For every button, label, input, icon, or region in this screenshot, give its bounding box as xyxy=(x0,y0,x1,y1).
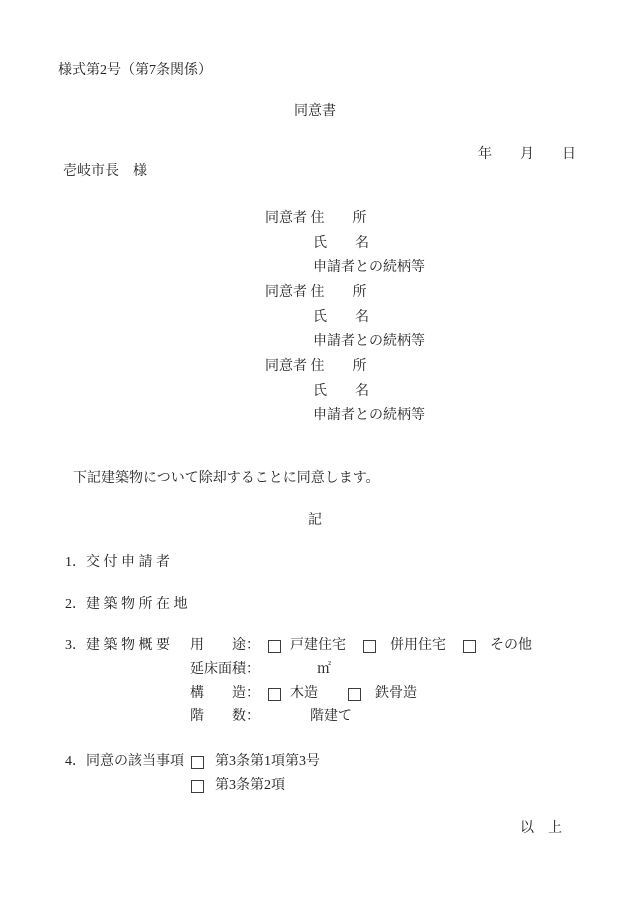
consenter-2-label: 同意者 xyxy=(265,285,307,300)
checkbox-usage-combined-house xyxy=(363,640,376,653)
consenter-3-label: 同意者 xyxy=(265,359,307,374)
usage-label: 用 途： xyxy=(190,637,260,654)
item-grant-applicant: 1．交 付 申 請 者 xyxy=(65,554,170,571)
consenter-3-name-label: 氏 名 xyxy=(313,383,369,400)
item-consent-clauses: 4．同意の該当事項 xyxy=(65,753,184,770)
consenter-1-address-line: 同意者 住 所 xyxy=(265,210,367,227)
date-line: 年 月 日 xyxy=(478,146,576,163)
floor-area-label: 延床面積： xyxy=(190,661,260,678)
checkbox-structure-steel xyxy=(348,688,361,701)
structure-label: 構 造： xyxy=(190,685,260,702)
consent-statement: 下記建築物について除却することに同意します。 xyxy=(73,470,380,487)
document-title: 同意書 xyxy=(0,103,630,120)
checkbox-clause-article3-1-3 xyxy=(191,756,204,769)
structure-option-steel: 鉄骨造 xyxy=(375,685,417,702)
checkbox-usage-other xyxy=(463,640,476,653)
addressee: 壱岐市長 様 xyxy=(63,163,147,180)
closing-marker: 以 上 xyxy=(520,820,562,837)
consent-form-page: 様式第2号（第7条関係） 同意書 年 月 日 壱岐市長 様 同意者 住 所 氏 … xyxy=(0,0,630,903)
consenter-2-address-label: 住 所 xyxy=(311,285,367,300)
consenter-1-label: 同意者 xyxy=(265,211,307,226)
checkbox-usage-detached-house xyxy=(268,640,281,653)
consenter-1-address-label: 住 所 xyxy=(311,211,367,226)
form-number: 様式第2号（第7条関係） xyxy=(58,62,212,79)
record-marker: 記 xyxy=(0,512,630,529)
checkbox-structure-wood xyxy=(268,688,281,701)
clause-article3-1-3: 第3条第1項第3号 xyxy=(215,753,320,770)
floors-label: 階 数： xyxy=(190,708,260,725)
clause-article3-2: 第3条第2項 xyxy=(215,777,285,794)
consenter-2-name-label: 氏 名 xyxy=(313,309,369,326)
consenter-2-address-line: 同意者 住 所 xyxy=(265,284,367,301)
item-building-location: 2．建 築 物 所 在 地 xyxy=(65,596,188,613)
floors-suffix: 階建て xyxy=(310,708,352,725)
checkbox-clause-article3-2 xyxy=(191,780,204,793)
usage-option-combined-house: 併用住宅 xyxy=(390,637,446,654)
usage-option-other: その他 xyxy=(490,637,532,654)
usage-option-detached-house: 戸建住宅 xyxy=(290,637,346,654)
consenter-3-address-line: 同意者 住 所 xyxy=(265,358,367,375)
consenter-3-relation-label: 申請者との続柄等 xyxy=(313,407,425,424)
consenter-2-relation-label: 申請者との続柄等 xyxy=(313,333,425,350)
consenter-1-name-label: 氏 名 xyxy=(313,235,369,252)
item-building-overview: 3．建 築 物 概 要 xyxy=(65,637,170,654)
consenter-3-address-label: 住 所 xyxy=(311,359,367,374)
structure-option-wood: 木造 xyxy=(290,685,318,702)
consenter-1-relation-label: 申請者との続柄等 xyxy=(313,259,425,276)
floor-area-unit: ㎡ xyxy=(317,661,331,678)
